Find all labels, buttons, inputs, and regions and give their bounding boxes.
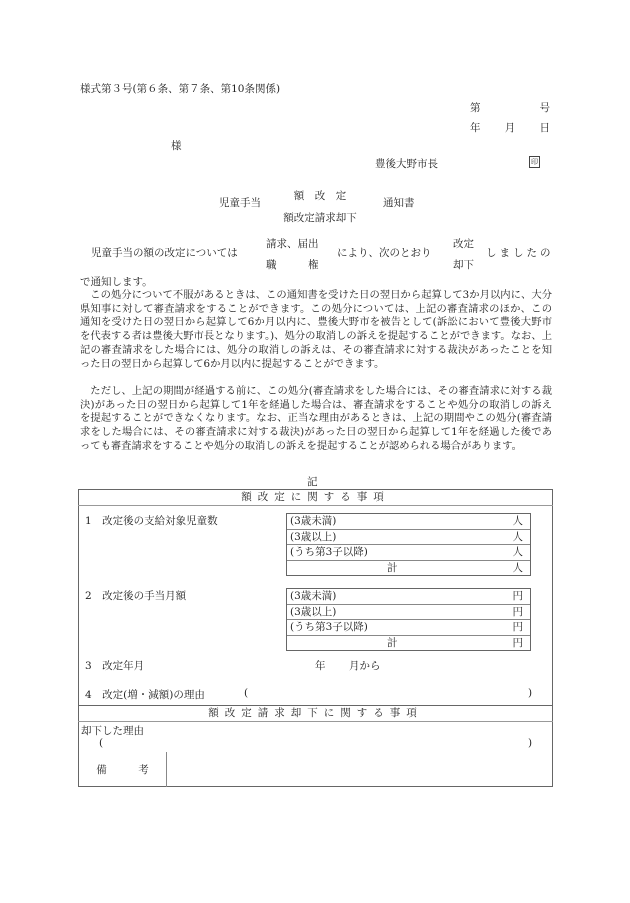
row-unit: 円 (513, 605, 524, 620)
title-left: 児童手当 (219, 195, 261, 210)
title-options: 額 改 定 額改定請求却下 (282, 185, 358, 229)
title-right: 通知書 (383, 195, 415, 210)
item-monthly-amount-label: 2 改定後の手当月額 (85, 588, 186, 603)
monthly-amount-box: (3歳未満)円 (3歳以上)円 (うち第3子以降)円 計円 (286, 588, 531, 651)
sentence-part3: しましたの (486, 245, 554, 260)
row-label: (3歳未満) (290, 515, 336, 527)
number-suffix: 号 (540, 100, 551, 115)
row-unit: 円 (513, 636, 524, 651)
details-table: 額改定に関する事項 1 改定後の支給対象児童数 (3歳未満)人 (3歳以上)人 … (78, 489, 553, 787)
amount-row[interactable]: (3歳以上)円 (287, 605, 530, 621)
row-label: 計 (387, 636, 398, 651)
reason-open-paren: ( (244, 687, 248, 699)
item-revision-month-label: 3 改定年月 (85, 658, 144, 673)
child-count-row[interactable]: (3歳以上)人 (287, 530, 530, 546)
form-identifier: 様式第３号(第６条、第７条、第10条関係) (80, 81, 280, 96)
option-request: 請求、届出 (266, 234, 322, 255)
date-month: 月 (505, 120, 516, 135)
child-count-row[interactable]: (うち第3子以降)人 (287, 545, 530, 561)
section-revision-heading: 額改定に関する事項 (79, 490, 553, 506)
title-option-revision: 額 改 定 (282, 185, 358, 207)
reason-close-paren: ) (528, 687, 532, 699)
record-label: 記 (307, 474, 318, 489)
sentence-option-b: 改定 却下 (453, 234, 474, 276)
issue-date: 年 月 日 (470, 120, 550, 135)
addressee: 様 (171, 138, 182, 153)
row-unit: 人 (513, 514, 524, 529)
reject-reason-row[interactable]: 却下した理由 ( ) (79, 722, 553, 753)
item-child-count: 1 改定後の支給対象児童数 (3歳未満)人 (3歳以上)人 (うち第3子以降)人… (79, 506, 553, 587)
child-count-total-row[interactable]: 計人 (287, 561, 530, 576)
sentence-part1: 児童手当の額の改定については (91, 245, 238, 260)
item-revision-reason-label: 4 改定(増・減額)の理由 (85, 687, 205, 702)
option-authority: 職 権 (266, 255, 322, 276)
amount-total-row[interactable]: 計円 (287, 636, 530, 651)
item-child-count-label: 1 改定後の支給対象児童数 (85, 513, 218, 528)
appeal-paragraph-2: ただし、上記の期間が経過する前に、この処分(審査請求をした場合には、その審査請求… (80, 385, 552, 454)
row-unit: 円 (513, 589, 524, 604)
revision-year-label[interactable]: 年 (315, 658, 326, 673)
document-number: 第 号 (470, 100, 550, 115)
date-day: 日 (540, 120, 551, 135)
amount-row[interactable]: (3歳未満)円 (287, 589, 530, 605)
reject-open-paren: ( (99, 737, 103, 749)
row-label: (うち第3子以降) (290, 621, 368, 633)
remarks-label: 備 考 (79, 752, 167, 787)
row-unit: 人 (513, 545, 524, 560)
row-unit: 人 (513, 561, 524, 576)
section-rejection-heading: 額改定請求却下に関する事項 (79, 706, 553, 722)
item-monthly-amount: 2 改定後の手当月額 (3歳未満)円 (3歳以上)円 (うち第3子以降)円 計円 (79, 586, 553, 658)
revision-month-label[interactable]: 月から (349, 658, 381, 673)
issuer-name: 豊後大野市長 (375, 156, 438, 171)
title-option-rejection: 額改定請求却下 (282, 207, 358, 229)
row-label: (うち第3子以降) (290, 546, 368, 558)
row-unit: 円 (513, 620, 524, 635)
number-prefix: 第 (470, 100, 481, 115)
row-label: (3歳未満) (290, 590, 336, 602)
item-revision-reason: 4 改定(増・減額)の理由 ( ) (79, 684, 553, 706)
child-count-box: (3歳未満)人 (3歳以上)人 (うち第3子以降)人 計人 (286, 513, 531, 576)
option-reject: 却下 (453, 255, 474, 276)
seal-icon: 印 (529, 156, 540, 168)
row-label: 計 (387, 561, 398, 576)
item-revision-month: 3 改定年月 年 月から (79, 658, 553, 684)
remarks-field[interactable] (167, 752, 553, 787)
amount-row[interactable]: (うち第3子以降)円 (287, 620, 530, 636)
row-unit: 人 (513, 530, 524, 545)
sentence-part2: により、次のとおり (337, 245, 432, 260)
appeal-paragraph-1: この処分について不服があるときは、この通知書を受けた日の翌日から起算して3か月以… (80, 289, 552, 371)
row-label: (3歳以上) (290, 531, 336, 543)
date-year: 年 (470, 120, 481, 135)
reject-close-paren: ) (528, 737, 532, 749)
sentence-continuation: で通知します。 (80, 274, 153, 289)
child-count-row[interactable]: (3歳未満)人 (287, 514, 530, 530)
row-label: (3歳以上) (290, 606, 336, 618)
sentence-option-a: 請求、届出 職 権 (266, 234, 322, 276)
option-revise: 改定 (453, 234, 474, 255)
reject-reason-label: 却下した理由 (81, 723, 144, 738)
